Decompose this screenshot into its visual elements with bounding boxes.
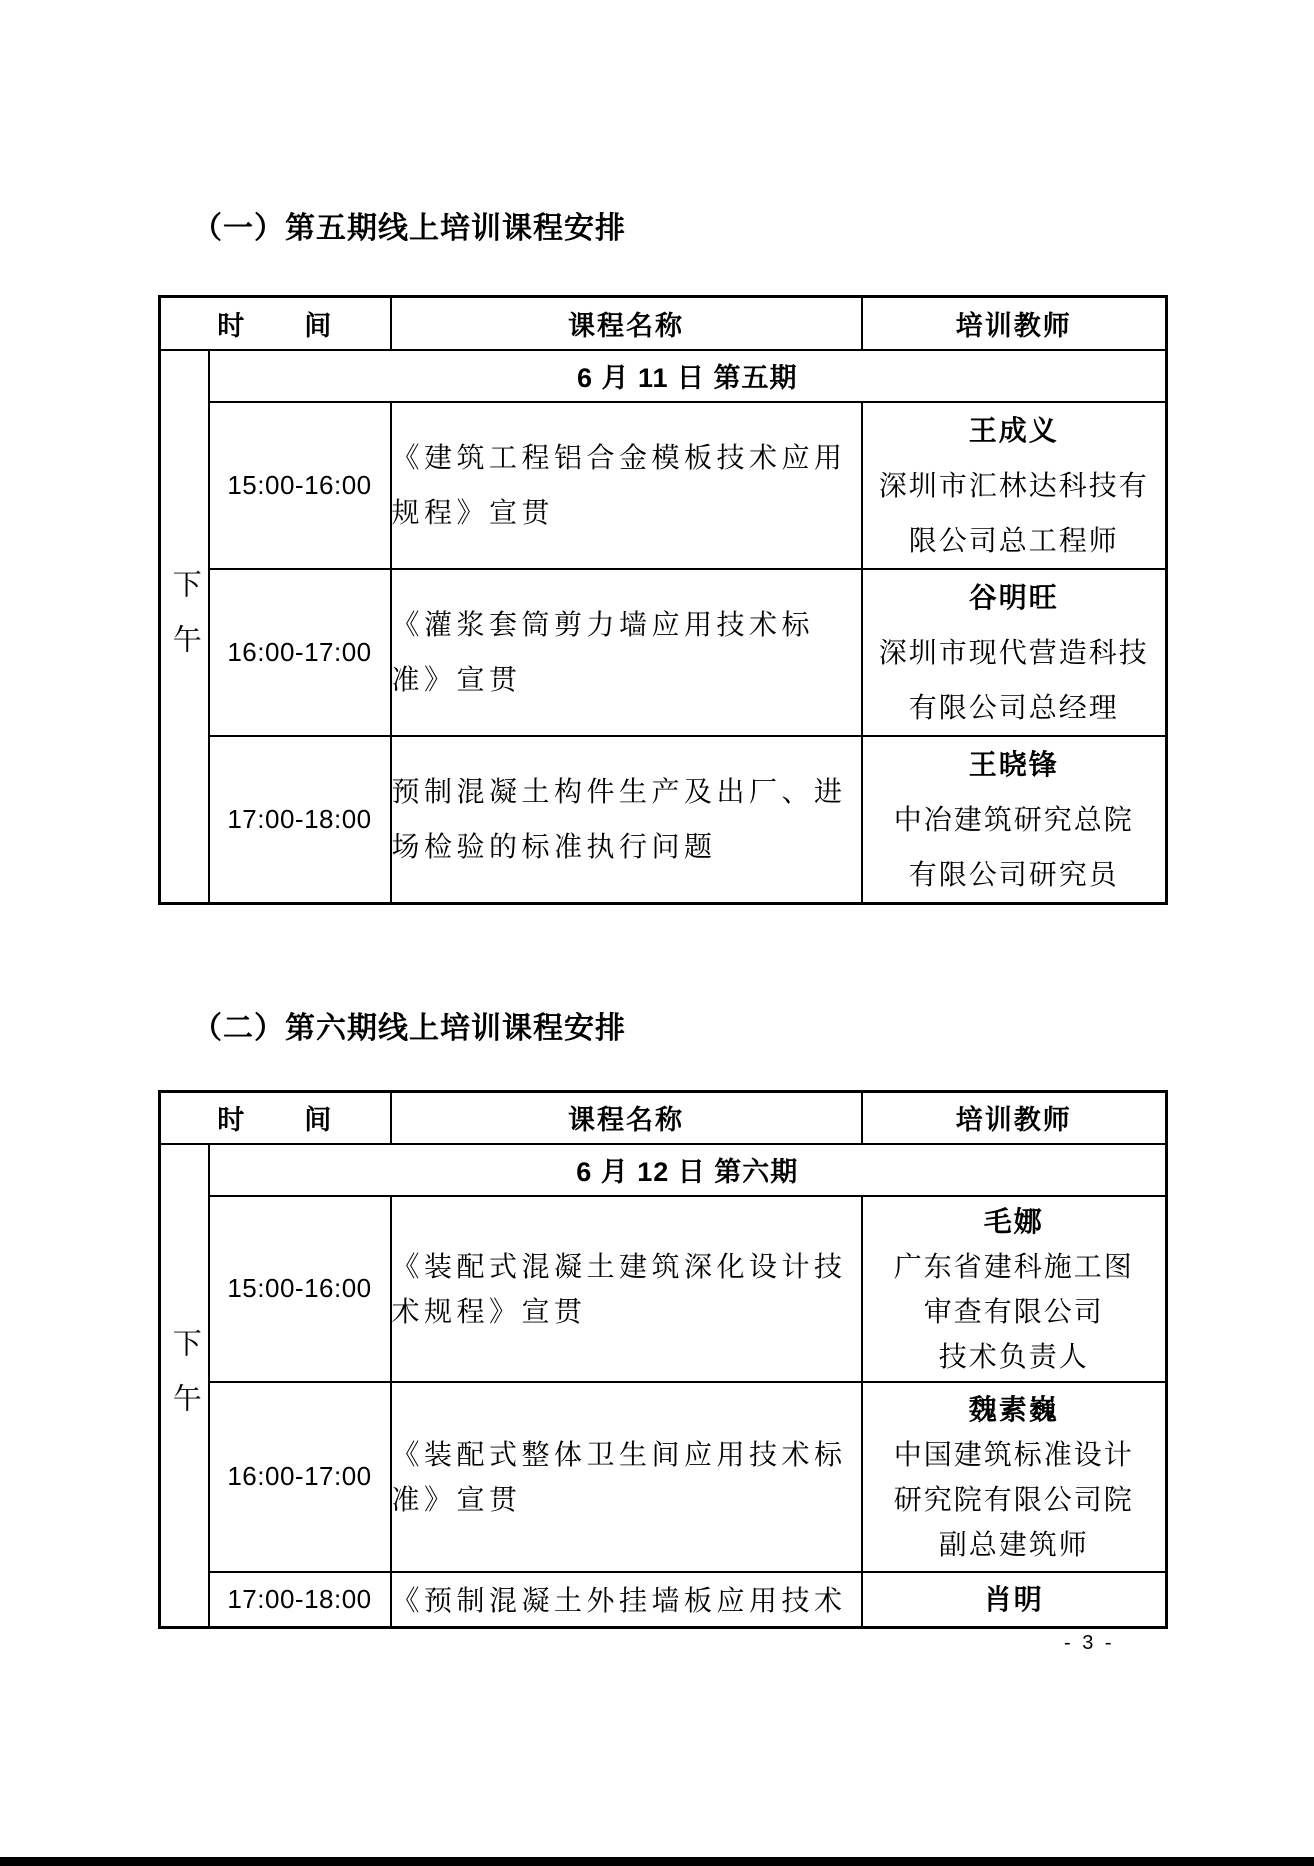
time-cell: 16:00-17:00 bbox=[209, 1382, 391, 1572]
teacher-name: 肖明 bbox=[863, 1577, 1166, 1622]
period-label: 下午 bbox=[170, 1328, 199, 1438]
schedule-table-1: 时 间 课程名称 培训教师 下午 6 月 11 日 第五期 15:00-16:0… bbox=[158, 295, 1168, 905]
teacher-org: 深圳市汇林达科技有 限公司总工程师 bbox=[863, 458, 1166, 568]
period-cell: 下午 bbox=[160, 1144, 209, 1628]
course-cell: 《建筑工程铝合金模板技术应用 规程》宣贯 bbox=[391, 402, 862, 569]
teacher-cell: 魏素巍 中国建筑标准设计 研究院有限公司院 副总建筑师 bbox=[862, 1382, 1167, 1572]
date-cell: 6 月 11 日 第五期 bbox=[209, 350, 1167, 402]
period-cell: 下午 bbox=[160, 350, 209, 904]
teacher-cell: 王晓锋 中冶建筑研究总院 有限公司研究员 bbox=[862, 736, 1167, 904]
col-header-teacher: 培训教师 bbox=[862, 1092, 1167, 1144]
table-2-date-row: 下午 6 月 12 日 第六期 bbox=[160, 1144, 1167, 1196]
teacher-name: 谷明旺 bbox=[863, 570, 1166, 625]
col-header-teacher: 培训教师 bbox=[862, 297, 1167, 350]
course-cell: 《预制混凝土外挂墙板应用技术 bbox=[391, 1572, 862, 1628]
table-1-date-row: 下午 6 月 11 日 第五期 bbox=[160, 350, 1167, 402]
time-cell: 17:00-18:00 bbox=[209, 1572, 391, 1628]
teacher-cell: 毛娜 广东省建科施工图 审查有限公司 技术负责人 bbox=[862, 1196, 1167, 1382]
col-header-course: 课程名称 bbox=[391, 297, 862, 350]
table-2-header-row: 时 间 课程名称 培训教师 bbox=[160, 1092, 1167, 1144]
table-row: 16:00-17:00 《灌浆套筒剪力墙应用技术标 准》宣贯 谷明旺 深圳市现代… bbox=[160, 569, 1167, 736]
table-row: 17:00-18:00 《预制混凝土外挂墙板应用技术 肖明 bbox=[160, 1572, 1167, 1628]
period-label: 下午 bbox=[170, 569, 199, 679]
time-cell: 16:00-17:00 bbox=[209, 569, 391, 736]
table-1-header-row: 时 间 课程名称 培训教师 bbox=[160, 297, 1167, 350]
course-cell: 预制混凝土构件生产及出厂、进 场检验的标准执行问题 bbox=[391, 736, 862, 904]
teacher-cell: 谷明旺 深圳市现代营造科技 有限公司总经理 bbox=[862, 569, 1167, 736]
document-page: （一）第五期线上培训课程安排 时 间 课程名称 培训教师 下午 6 月 11 日… bbox=[0, 0, 1314, 1866]
course-cell: 《装配式整体卫生间应用技术标 准》宣贯 bbox=[391, 1382, 862, 1572]
table-row: 15:00-16:00 《建筑工程铝合金模板技术应用 规程》宣贯 王成义 深圳市… bbox=[160, 402, 1167, 569]
teacher-org: 中国建筑标准设计 研究院有限公司院 副总建筑师 bbox=[863, 1432, 1166, 1567]
course-cell: 《装配式混凝土建筑深化设计技 术规程》宣贯 bbox=[391, 1196, 862, 1382]
table-row: 16:00-17:00 《装配式整体卫生间应用技术标 准》宣贯 魏素巍 中国建筑… bbox=[160, 1382, 1167, 1572]
teacher-org: 深圳市现代营造科技 有限公司总经理 bbox=[863, 625, 1166, 735]
page-bottom-edge bbox=[0, 1857, 1314, 1866]
teacher-name: 王晓锋 bbox=[863, 737, 1166, 792]
teacher-name: 毛娜 bbox=[863, 1199, 1166, 1244]
teacher-cell: 肖明 bbox=[862, 1572, 1167, 1628]
teacher-org: 广东省建科施工图 审查有限公司 技术负责人 bbox=[863, 1244, 1166, 1379]
teacher-name: 魏素巍 bbox=[863, 1387, 1166, 1432]
course-cell: 《灌浆套筒剪力墙应用技术标 准》宣贯 bbox=[391, 569, 862, 736]
table-row: 17:00-18:00 预制混凝土构件生产及出厂、进 场检验的标准执行问题 王晓… bbox=[160, 736, 1167, 904]
col-header-time: 时 间 bbox=[160, 1092, 391, 1144]
teacher-org: 中冶建筑研究总院 有限公司研究员 bbox=[863, 792, 1166, 902]
schedule-table-2: 时 间 课程名称 培训教师 下午 6 月 12 日 第六期 15:00-16:0… bbox=[158, 1090, 1168, 1629]
section-2-heading: （二）第六期线上培训课程安排 bbox=[192, 1003, 626, 1047]
time-cell: 17:00-18:00 bbox=[209, 736, 391, 904]
section-1-heading: （一）第五期线上培训课程安排 bbox=[192, 203, 626, 247]
teacher-cell: 王成义 深圳市汇林达科技有 限公司总工程师 bbox=[862, 402, 1167, 569]
page-number: - 3 - bbox=[1064, 1632, 1115, 1655]
col-header-course: 课程名称 bbox=[391, 1092, 862, 1144]
time-cell: 15:00-16:00 bbox=[209, 402, 391, 569]
col-header-time: 时 间 bbox=[160, 297, 391, 350]
table-row: 15:00-16:00 《装配式混凝土建筑深化设计技 术规程》宣贯 毛娜 广东省… bbox=[160, 1196, 1167, 1382]
time-cell: 15:00-16:00 bbox=[209, 1196, 391, 1382]
teacher-name: 王成义 bbox=[863, 403, 1166, 458]
date-cell: 6 月 12 日 第六期 bbox=[209, 1144, 1167, 1196]
